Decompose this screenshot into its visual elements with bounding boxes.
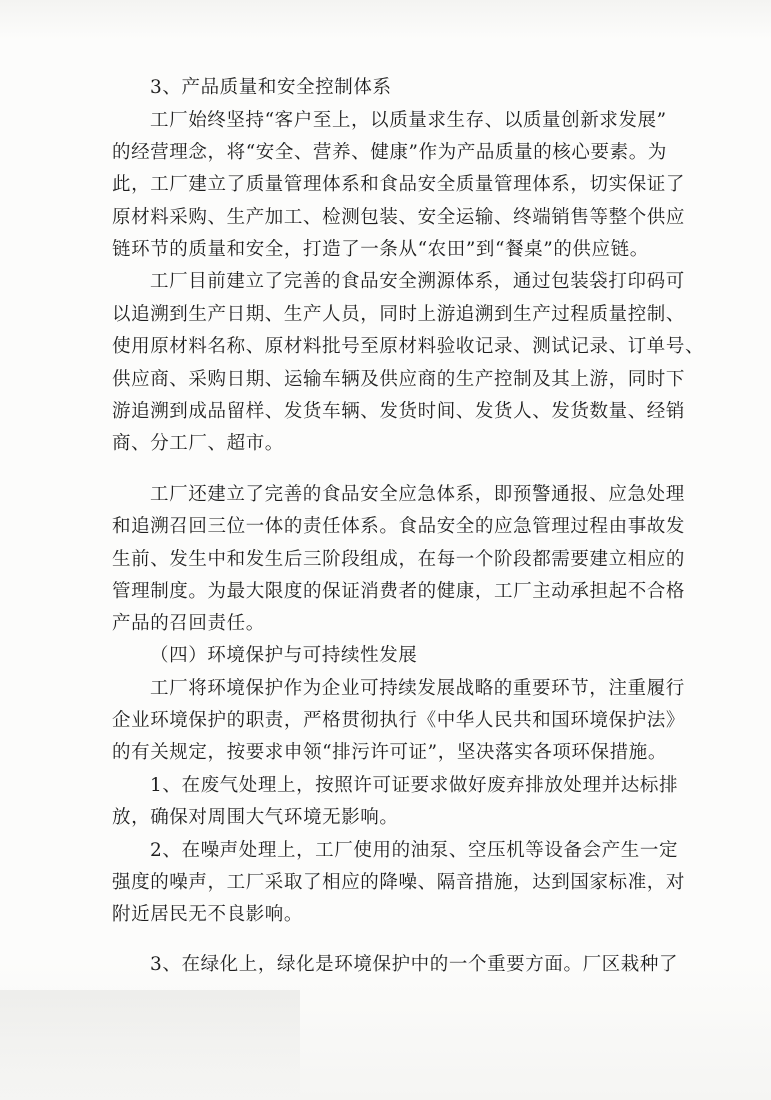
paragraph-line: 产品的召回责任。 [112,612,672,636]
paragraph-line: 工厂将环境保护作为企业可持续发展战略的重要环节，注重履行 [150,677,672,701]
paragraph-line: 管理制度。为最大限度的保证消费者的健康，工厂主动承担起不合格 [112,580,672,604]
paragraph-line: 强度的噪声，工厂采取了相应的降噪、隔音措施，达到国家标准，对 [112,871,672,895]
paragraph-line: 的经营理念，将“安全、营养、健康”作为产品质量的核心要素。为 [112,141,672,165]
paragraph-line: 商、分工厂、超市。 [112,432,672,456]
paragraph-line: 工厂目前建立了完善的食品安全溯源体系，通过包装袋打印码可 [150,270,672,294]
paragraph-line: 供应商、采购日期、运输车辆及供应商的生产控制及其上游，同时下 [112,368,672,392]
list-item-exhaust-gas: 1、在废气处理上，按照许可证要求做好废弃排放处理并达标排 [150,774,672,798]
scan-shadow [0,990,300,1100]
paragraph-line: 此，工厂建立了质量管理体系和食品安全质量管理体系，切实保证了 [112,173,672,197]
paragraph-line: 附近居民无不良影响。 [112,903,672,927]
paragraph-line: 工厂始终坚持“客户至上，以质量求生存、以质量创新求发展” [150,109,672,133]
paragraph-line: 的有关规定，按要求申领“排污许可证”，坚决落实各项环保措施。 [112,741,672,765]
paragraph-line: 链环节的质量和安全，打造了一条从“农田”到“餐桌”的供应链。 [112,238,672,262]
section-heading-environment: （四）环境保护与可持续性发展 [150,644,672,668]
section-heading-quality-safety: 3、产品质量和安全控制体系 [150,76,672,100]
list-item-noise: 2、在噪声处理上，工厂使用的油泵、空压机等设备会产生一定 [150,839,672,863]
paragraph-line: 工厂还建立了完善的食品安全应急体系，即预警通报、应急处理 [150,483,672,507]
paragraph-line: 和追溯召回三位一体的责任体系。食品安全的应急管理过程由事故发 [112,515,672,539]
paragraph-line: 以追溯到生产日期、生产人员，同时上游追溯到生产过程质量控制、 [112,303,672,327]
scanned-page: 3、产品质量和安全控制体系 工厂始终坚持“客户至上，以质量求生存、以质量创新求发… [0,0,771,1100]
paragraph-line: 企业环境保护的职责，严格贯彻执行《中华人民共和国环境保护法》 [112,709,672,733]
paragraph-line: 放，确保对周围大气环境无影响。 [112,806,672,830]
paragraph-line: 原材料采购、生产加工、检测包装、安全运输、终端销售等整个供应 [112,206,672,230]
paragraph-line: 生前、发生中和发生后三阶段组成，在每一个阶段都需要建立相应的 [112,548,672,572]
paragraph-line: 使用原材料名称、原材料批号至原材料验收记录、测试记录、订单号、 [112,335,672,359]
paragraph-line: 游追溯到成品留样、发货车辆、发货时间、发货人、发货数量、经销 [112,400,672,424]
list-item-greening: 3、在绿化上，绿化是环境保护中的一个重要方面。厂区栽种了 [150,953,672,977]
